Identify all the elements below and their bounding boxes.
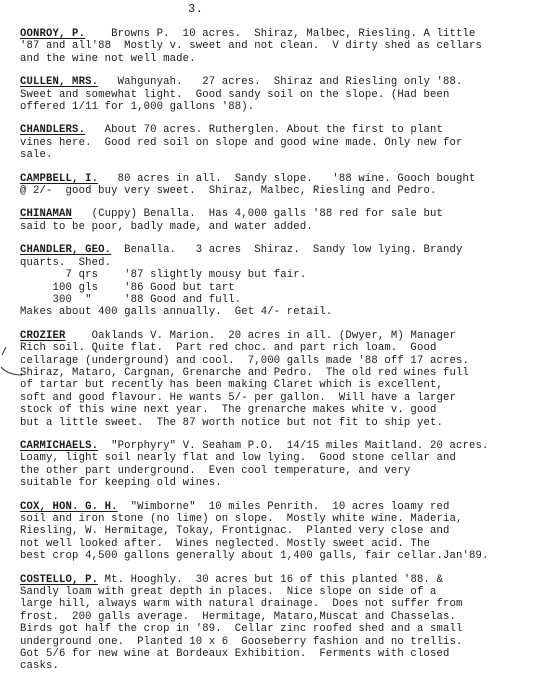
entry-line: not well looked after. Wines neglected. … [20,538,548,550]
winery-entry: CHANDLER, GEO. Benalla. 3 acres Shiraz. … [20,244,548,318]
entry-line: Sweet and somewhat light. Good sandy soi… [20,89,548,101]
entry-name: CHANDLER, GEO. [20,244,111,256]
entry-line: vines here. Good red soil on slope and g… [20,137,548,149]
entry-text: Benalla. 3 acres Shiraz. Sandy low lying… [111,244,462,256]
entry-text: Wahgunyah. 27 acres. Shiraz and Riesling… [98,76,462,88]
margin-annotation-mark [0,345,22,385]
entry-name: CROZIER [20,330,66,342]
entry-line: soft and good flavour. He wants 5/- per … [20,392,548,404]
entry-name: CAMPBELL, I. [20,173,98,185]
winery-entry: CHINAMAN (Cuppy) Benalla. Has 4,000 gall… [20,208,548,233]
entry-line: Loamy, light soil nearly flat and low ly… [20,452,548,464]
entry-first-line: CULLEN, MRS. Wahgunyah. 27 acres. Shiraz… [20,76,548,88]
entry-first-line: CHINAMAN (Cuppy) Benalla. Has 4,000 gall… [20,208,548,220]
entry-first-line: COSTELLO, P. Mt. Hooghly. 30 acres but 1… [20,574,548,586]
entry-first-line: CARMICHAELS. "Porphyry" V. Seaham P.O. 1… [20,440,548,452]
entry-line: stock of this wine next year. The grenar… [20,404,548,416]
entry-first-line: COX, HON. G. H. "Wimborne" 10 miles Penr… [20,501,548,513]
entry-line: suitable for keeping old wines. [20,477,548,489]
entry-line: cellarage (underground) and cool. 7,000 … [20,355,548,367]
page-number: 3. [188,2,203,16]
entry-name: CULLEN, MRS. [20,76,98,88]
entry-line: frost. 200 galls average. Hermitage, Mat… [20,611,548,623]
entry-line: offered 1/11 for 1,000 gallons '88). [20,101,548,113]
entry-line: said to be poor, badly made, and water a… [20,221,548,233]
entry-name: CHANDLERS. [20,124,85,136]
entry-line: underground one. Planted 10 x 6 Gooseber… [20,636,548,648]
entry-first-line: CHANDLER, GEO. Benalla. 3 acres Shiraz. … [20,244,548,256]
entry-line: large hill, always warm with natural dra… [20,598,548,610]
entry-text: 80 acres in all. Sandy slope. '88 wine. … [98,173,475,185]
entry-name: CARMICHAELS. [20,440,98,452]
entry-line: 7 qrs '87 slightly mousy but fair. [20,269,548,281]
entry-text: Browns P. 10 acres. Shiraz, Malbec, Ries… [85,28,475,40]
winery-entry: CARMICHAELS. "Porphyry" V. Seaham P.O. 1… [20,440,548,490]
entry-line: Makes about 400 galls annually. Get 4/- … [20,306,548,318]
entry-first-line: CAMPBELL, I. 80 acres in all. Sandy slop… [20,173,548,185]
entry-line: and the wine not well made. [20,53,548,65]
entry-name: CHINAMAN [20,208,72,220]
entry-line: best crop 4,500 gallons generally about … [20,550,548,562]
winery-entry: OONROY, P. Browns P. 10 acres. Shiraz, M… [20,28,548,65]
winery-entry: CAMPBELL, I. 80 acres in all. Sandy slop… [20,173,548,198]
entry-text: Mt. Hooghly. 30 acres but 16 of this pla… [98,574,443,586]
entry-text: "Wimborne" 10 miles Penrith. 10 acres lo… [118,501,450,513]
entry-line: 300 " '88 Good and full. [20,294,548,306]
entry-line: but a little sweet. The 87 worth notice … [20,417,548,429]
entry-line: '87 and all'88 Mostly v. sweet and not c… [20,40,548,52]
entry-name: COSTELLO, P. [20,574,98,586]
entry-text: "Porphyry" V. Seaham P.O. 14/15 miles Ma… [98,440,488,452]
winery-entry: COSTELLO, P. Mt. Hooghly. 30 acres but 1… [20,574,548,673]
entry-line: sale. [20,149,548,161]
entry-first-line: CROZIER Oaklands V. Marion. 20 acres in … [20,330,548,342]
entry-text: Oaklands V. Marion. 20 acres in all. (Dw… [66,330,456,342]
winery-entry: COX, HON. G. H. "Wimborne" 10 miles Penr… [20,501,548,563]
winery-entry: CROZIER Oaklands V. Marion. 20 acres in … [20,330,548,429]
winery-entry: CHANDLERS. About 70 acres. Rutherglen. A… [20,124,548,161]
entry-line: soil and iron stone (no lime) on slope. … [20,513,548,525]
entry-line: Riesling, W. Hermitage, Tokay, Frontigna… [20,525,548,537]
entry-line: casks. [20,660,548,672]
winery-entry: CULLEN, MRS. Wahgunyah. 27 acres. Shiraz… [20,76,548,113]
entry-line: Shiraz, Mataro, Cargnan, Grenarche and P… [20,367,548,379]
winery-entries: OONROY, P. Browns P. 10 acres. Shiraz, M… [20,28,548,684]
entry-line: the other part underground. Even cool te… [20,465,548,477]
entry-line: Birds got half the crop in '89. Cellar z… [20,623,548,635]
entry-text: (Cuppy) Benalla. Has 4,000 galls '88 red… [72,208,443,220]
entry-line: 100 gls '86 Good but tart [20,282,548,294]
entry-first-line: OONROY, P. Browns P. 10 acres. Shiraz, M… [20,28,548,40]
entry-line: quarts. Shed. [20,257,548,269]
entry-line: Sandly loam with great depth in places. … [20,586,548,598]
entry-line: Rich soil. Quite flat. Part red choc. an… [20,342,548,354]
entry-line: Got 5/6 for new wine at Bordeaux Exhibit… [20,648,548,660]
entry-name: OONROY, P. [20,28,85,40]
entry-line: of tartar but recently has been making C… [20,379,548,391]
entry-text: About 70 acres. Rutherglen. About the fi… [85,124,443,136]
entry-first-line: CHANDLERS. About 70 acres. Rutherglen. A… [20,124,548,136]
entry-name: COX, HON. G. H. [20,501,118,513]
entry-line: @ 2/- good buy very sweet. Shiraz, Malbe… [20,185,548,197]
